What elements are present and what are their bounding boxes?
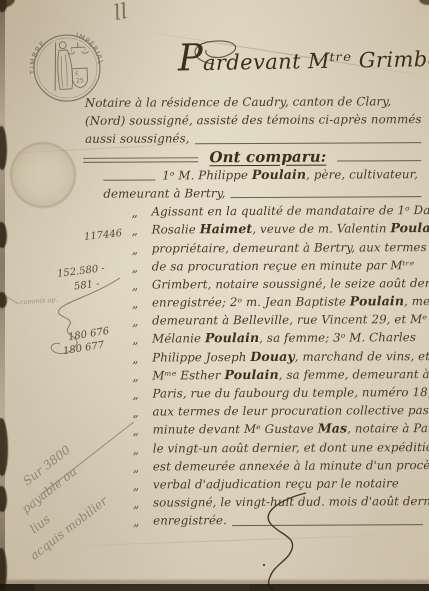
ditto-mark: „ bbox=[132, 222, 138, 240]
document-line: Notaire à la résidence de Caudry, canton… bbox=[85, 92, 421, 112]
document-line: „Mᵐᵉ Esther Poulain, sa femme, demeurant… bbox=[104, 365, 422, 385]
paper-tear bbox=[0, 222, 7, 248]
paper-tear bbox=[0, 126, 7, 170]
paper-crease bbox=[60, 534, 400, 547]
document-line: (Nord) soussigné, assisté des témoins ci… bbox=[85, 110, 421, 130]
paper-corner-shadow bbox=[419, 0, 429, 5]
document-line: „Grimbert, notaire soussigné, le seize a… bbox=[104, 274, 422, 294]
ditto-mark: „ bbox=[132, 386, 138, 404]
document-line: „enregistrée; 2ᵒ m. Jean Baptiste Poulai… bbox=[104, 292, 422, 312]
document-line: „Philippe Joseph Douay, marchand de vins… bbox=[104, 347, 422, 367]
stamp-value-bottom: 25 bbox=[76, 77, 84, 84]
document-line: demeurant à Bertry, bbox=[103, 183, 421, 203]
section-title-line: Ont comparu: bbox=[83, 147, 421, 167]
stamp-shield: F. 25 bbox=[72, 68, 88, 88]
paper-tear bbox=[0, 292, 7, 308]
document-line: „Rosalie Haimet, veuve de m. Valentin Po… bbox=[104, 219, 422, 239]
ditto-mark: „ bbox=[132, 240, 138, 258]
paper-tear bbox=[0, 418, 8, 476]
ditto-mark: „ bbox=[132, 367, 138, 385]
ditto-mark: „ bbox=[132, 295, 138, 313]
document-title: Pardevant Mᵗʳᵉ Grimbert, bbox=[178, 43, 429, 75]
paper-corner-shadow bbox=[0, 0, 15, 8]
blind-embossed-seal bbox=[10, 142, 76, 208]
justice-figure-icon bbox=[53, 41, 91, 91]
pencil-tick-mark bbox=[7, 297, 20, 305]
ditto-mark: „ bbox=[132, 313, 138, 331]
document-line: „Agissant en la qualité de mandataire de… bbox=[103, 201, 421, 221]
document-line: aussi soussignés, bbox=[85, 128, 421, 148]
document-page: TIMBRE IMPÉRIAL F. 25 ll Pardevant Mᵗʳᵉ … bbox=[0, 0, 429, 591]
document-line: 1ᵒ M. Philippe Poulain, père, cultivateu… bbox=[103, 165, 421, 185]
ditto-mark: „ bbox=[133, 495, 139, 513]
document-line: „Mélanie Poulain, sa femme; 3ᵒ M. Charle… bbox=[104, 329, 422, 349]
document-line: „propriétaire, demeurant à Bertry, aux t… bbox=[104, 238, 422, 258]
svg-text:TIMBRE: TIMBRE bbox=[27, 39, 49, 76]
document-line: „Paris, rue du faubourg du temple, numér… bbox=[104, 383, 422, 403]
pen-flourish-mark: ll bbox=[112, 0, 130, 25]
document-line: „de sa procuration reçue en minute par M… bbox=[104, 256, 422, 276]
ditto-mark: „ bbox=[132, 349, 138, 367]
ditto-mark: „ bbox=[133, 513, 139, 531]
ditto-mark: „ bbox=[132, 276, 138, 294]
title-initial: P bbox=[178, 36, 204, 79]
stamp-text-left: TIMBRE bbox=[27, 39, 49, 76]
ditto-mark: „ bbox=[132, 331, 138, 349]
closing-flourish bbox=[250, 489, 320, 591]
title-rest: ardevant Mᵗʳᵉ Grimbert, bbox=[203, 46, 429, 75]
document-line: „demeurant à Belleville, rue Vincent 29,… bbox=[104, 310, 422, 330]
margin-paraphe bbox=[28, 262, 128, 362]
bottom-paper-edge bbox=[0, 584, 429, 591]
ditto-mark: „ bbox=[132, 258, 138, 276]
ditto-mark: „ bbox=[132, 404, 138, 422]
ditto-mark: „ bbox=[131, 204, 137, 222]
document-line: „aux termes de leur procuration collecti… bbox=[104, 401, 422, 421]
document-line: „minute devant Mᵉ Gustave Mas, notaire à… bbox=[105, 419, 423, 439]
